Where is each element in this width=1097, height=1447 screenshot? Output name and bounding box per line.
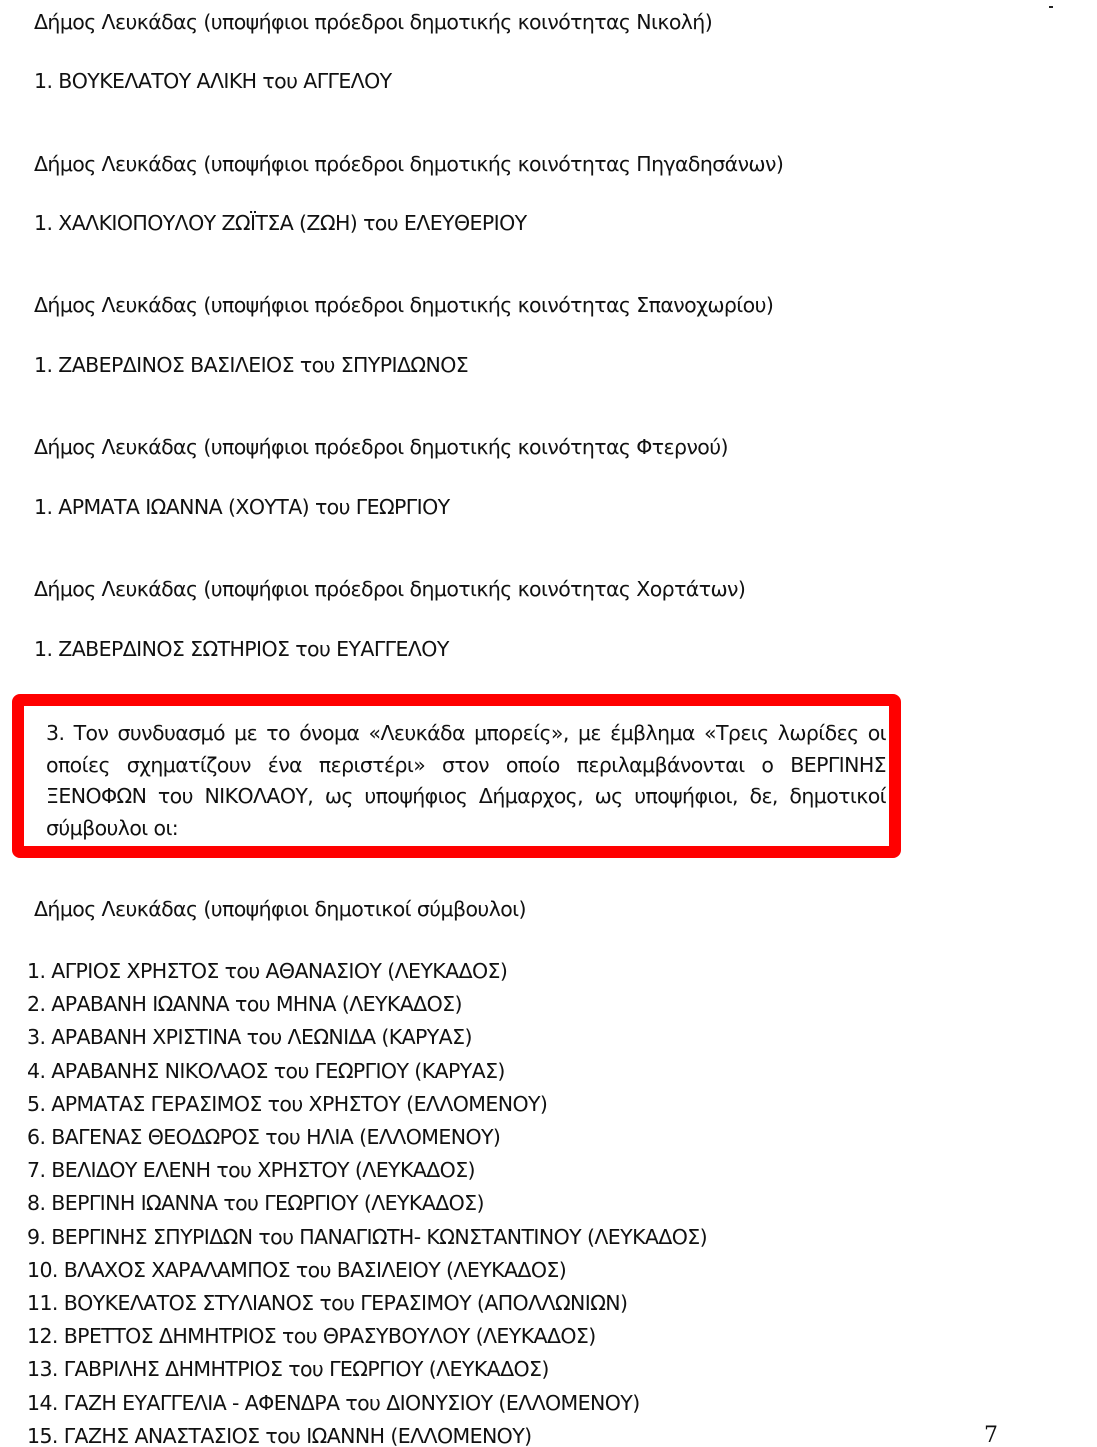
- council-candidate-item: 13. ΓΑΒΡΙΛΗΣ ΔΗΜΗΤΡΙΟΣ του ΓΕΩΡΓΙΟΥ (ΛΕΥ…: [27, 1353, 707, 1386]
- section-heading: Δήμος Λευκάδας (υποψήφιοι πρόεδροι δημοτ…: [34, 576, 745, 602]
- section-heading: Δήμος Λευκάδας (υποψήφιοι πρόεδροι δημοτ…: [34, 9, 712, 35]
- document-page: Δήμος Λευκάδας (υποψήφιοι πρόεδροι δημοτ…: [0, 0, 1097, 1447]
- council-candidate-item: 15. ΓΑΖΗΣ ΑΝΑΣΤΑΣΙΟΣ του ΙΩΑΝΝΗ (ΕΛΛΟΜΕΝ…: [27, 1420, 707, 1447]
- section-heading: Δήμος Λευκάδας (υποψήφιοι πρόεδροι δημοτ…: [34, 434, 728, 460]
- council-candidate-item: 7. ΒΕΛΙΔΟΥ ΕΛΕΝΗ του ΧΡΗΣΤΟΥ (ΛΕΥΚΑΔΟΣ): [27, 1154, 707, 1187]
- candidate-entry: 1. ΒΟΥΚΕΛΑΤΟΥ ΑΛΙΚΗ του ΑΓΓΕΛΟΥ: [34, 68, 392, 94]
- candidate-entry: 1. ΖΑΒΕΡΔΙΝΟΣ ΣΩΤΗΡΙΟΣ του ΕΥΑΓΓΕΛΟΥ: [34, 636, 449, 662]
- council-heading: Δήμος Λευκάδας (υποψήφιοι δημοτικοί σύμβ…: [34, 896, 526, 922]
- council-candidate-item: 12. ΒΡΕΤΤΟΣ ΔΗΜΗΤΡΙΟΣ του ΘΡΑΣΥΒΟΥΛΟΥ (Λ…: [27, 1320, 707, 1353]
- candidate-entry: 1. ΧΑΛΚΙΟΠΟΥΛΟΥ ΖΩΪΤΣΑ (ΖΩΗ) του ΕΛΕΥΘΕΡ…: [34, 210, 527, 236]
- council-candidate-item: 9. ΒΕΡΓΙΝΗΣ ΣΠΥΡΙΔΩΝ του ΠΑΝΑΓΙΩΤΗ- ΚΩΝΣ…: [27, 1221, 707, 1254]
- candidate-entry: 1. ΑΡΜΑΤΑ ΙΩΑΝΝΑ (ΧΟΥΤΑ) του ΓΕΩΡΓΙΟΥ: [34, 494, 450, 520]
- highlighted-paragraph: 3. Τον συνδυασμό με το όνομα «Λευκάδα μπ…: [46, 718, 886, 844]
- council-candidate-item: 3. ΑΡΑΒΑΝΗ ΧΡΙΣΤΙΝΑ του ΛΕΩΝΙΔΑ (ΚΑΡΥΑΣ): [27, 1021, 707, 1054]
- scan-speck: [1049, 6, 1053, 8]
- council-candidate-item: 14. ΓΑΖΗ ΕΥΑΓΓΕΛΙΑ - ΑΦΕΝΔΡΑ του ΔΙΟΝΥΣΙ…: [27, 1387, 707, 1420]
- candidate-entry: 1. ΖΑΒΕΡΔΙΝΟΣ ΒΑΣΙΛΕΙΟΣ του ΣΠΥΡΙΔΩΝΟΣ: [34, 352, 468, 378]
- council-candidate-item: 10. ΒΛΑΧΟΣ ΧΑΡΑΛΑΜΠΟΣ του ΒΑΣΙΛΕΙΟΥ (ΛΕΥ…: [27, 1254, 707, 1287]
- council-candidate-list: 1. ΑΓΡΙΟΣ ΧΡΗΣΤΟΣ του ΑΘΑΝΑΣΙΟΥ (ΛΕΥΚΑΔΟ…: [27, 955, 707, 1447]
- council-candidate-item: 11. ΒΟΥΚΕΛΑΤΟΣ ΣΤΥΛΙΑΝΟΣ του ΓΕΡΑΣΙΜΟΥ (…: [27, 1287, 707, 1320]
- council-candidate-item: 1. ΑΓΡΙΟΣ ΧΡΗΣΤΟΣ του ΑΘΑΝΑΣΙΟΥ (ΛΕΥΚΑΔΟ…: [27, 955, 707, 988]
- council-candidate-item: 5. ΑΡΜΑΤΑΣ ΓΕΡΑΣΙΜΟΣ του ΧΡΗΣΤΟΥ (ΕΛΛΟΜΕ…: [27, 1088, 707, 1121]
- council-candidate-item: 6. ΒΑΓΕΝΑΣ ΘΕΟΔΩΡΟΣ του ΗΛΙΑ (ΕΛΛΟΜΕΝΟΥ): [27, 1121, 707, 1154]
- section-heading: Δήμος Λευκάδας (υποψήφιοι πρόεδροι δημοτ…: [34, 151, 783, 177]
- page-number: 7: [984, 1424, 998, 1447]
- section-heading: Δήμος Λευκάδας (υποψήφιοι πρόεδροι δημοτ…: [34, 292, 773, 318]
- council-candidate-item: 4. ΑΡΑΒΑΝΗΣ ΝΙΚΟΛΑΟΣ του ΓΕΩΡΓΙΟΥ (ΚΑΡΥΑ…: [27, 1055, 707, 1088]
- council-candidate-item: 2. ΑΡΑΒΑΝΗ ΙΩΑΝΝΑ του ΜΗΝΑ (ΛΕΥΚΑΔΟΣ): [27, 988, 707, 1021]
- council-candidate-item: 8. ΒΕΡΓΙΝΗ ΙΩΑΝΝΑ του ΓΕΩΡΓΙΟΥ (ΛΕΥΚΑΔΟΣ…: [27, 1187, 707, 1220]
- highlight-box: 3. Τον συνδυασμό με το όνομα «Λευκάδα μπ…: [12, 694, 901, 858]
